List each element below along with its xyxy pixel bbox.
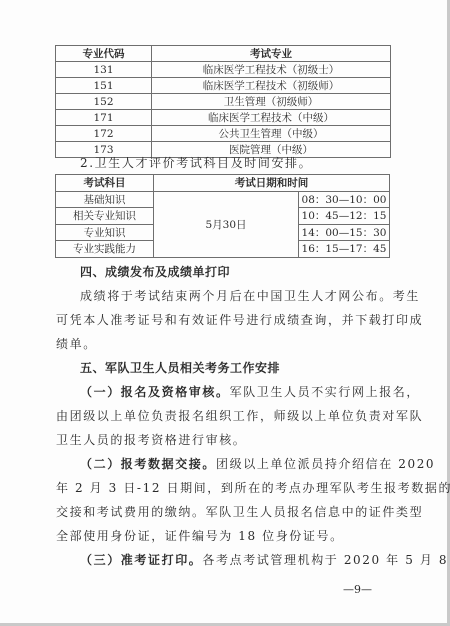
table-header-row: 专业代码 考试专业 — [56, 46, 391, 62]
header-specialty: 考试专业 — [152, 46, 391, 62]
exam-specialty-table: 专业代码 考试专业 131临床医学工程技术（初级士） 151临床医学工程技术（初… — [55, 45, 391, 158]
para4-line3: 绩单。 — [56, 338, 97, 351]
table-header-row: 考试科目 考试日期和时间 — [56, 175, 390, 192]
subject-cell: 专业实践能力 — [56, 241, 154, 258]
subject-cell: 专业知识 — [56, 224, 154, 241]
code-cell: 172 — [56, 126, 152, 142]
specialty-cell: 临床医学工程技术（初级士） — [152, 62, 391, 78]
time-cell: 08：30—10：00 — [299, 191, 390, 208]
table-row: 171临床医学工程技术（中级） — [56, 110, 391, 126]
time-cell: 10：45—12：15 — [299, 208, 390, 225]
specialty-cell: 临床医学工程技术（中级） — [152, 110, 391, 126]
document-page: 专业代码 考试专业 131临床医学工程技术（初级士） 151临床医学工程技术（初… — [0, 0, 450, 626]
table-row: 151临床医学工程技术（初级师） — [56, 78, 391, 94]
code-cell: 131 — [56, 62, 152, 78]
sub3-line1: （三）准考证打印。各考点考试管理机构于 2020 年 5 月 8 — [80, 554, 448, 567]
sub2-text: 团级以上单位派员持介绍信在 2020 — [216, 457, 435, 471]
time-cell: 14：00—15：30 — [299, 224, 390, 241]
section2-title: 2.卫生人才评价考试科目及时间安排。 — [80, 157, 312, 170]
date-cell: 5月30日 — [154, 191, 299, 257]
specialty-cell: 卫生管理（初级师） — [152, 94, 391, 110]
table-row: 152卫生管理（初级师） — [56, 94, 391, 110]
sub2-line4: 全部使用身份证，证件编号为 18 位身份证号。 — [56, 530, 344, 543]
subject-cell: 基础知识 — [56, 191, 154, 208]
sub1-line1: （一）报名及资格审核。军队卫生人员不实行网上报名， — [80, 386, 420, 399]
code-cell: 152 — [56, 94, 152, 110]
subject-cell: 相关专业知识 — [56, 208, 154, 225]
table-row: 基础知识 5月30日 08：30—10：00 — [56, 191, 390, 208]
heading-4: 四、成绩发布及成绩单打印 — [80, 266, 230, 279]
specialty-cell: 公共卫生管理（中级） — [152, 126, 391, 142]
time-cell: 16：15—17：45 — [299, 241, 390, 258]
code-cell: 171 — [56, 110, 152, 126]
code-cell: 151 — [56, 78, 152, 94]
para4-line1: 成绩将于考试结束两个月后在中国卫生人才网公布。考生 — [80, 290, 420, 303]
sub1-label: （一）报名及资格审核。 — [80, 385, 230, 399]
sub1-line2: 由团级以上单位负责报名组织工作，师级以上单位负责对军队 — [56, 410, 423, 423]
para4-line2: 可凭本人准考证号和有效证件号进行成绩查询，并下载打印成 — [56, 314, 423, 327]
sub1-line3: 卫生人员的报考资格进行审核。 — [56, 434, 246, 447]
exam-schedule-table: 考试科目 考试日期和时间 基础知识 5月30日 08：30—10：00 相关专业… — [55, 174, 390, 258]
specialty-cell: 临床医学工程技术（初级师） — [152, 78, 391, 94]
sub2-line2: 年 2 月 3 日-12 日期间，到所在的考点办理军队考生报考数据的 — [56, 482, 450, 495]
sub3-text: 各考点考试管理机构于 2020 年 5 月 8 — [202, 553, 448, 567]
sub2-label: （二）报考数据交接。 — [80, 457, 216, 471]
page-number: —9— — [343, 583, 372, 596]
sub1-text: 军队卫生人员不实行网上报名， — [230, 385, 420, 399]
table-row: 172公共卫生管理（中级） — [56, 126, 391, 142]
sub3-label: （三）准考证打印。 — [80, 553, 202, 567]
header-code: 专业代码 — [56, 46, 152, 62]
table-row: 131临床医学工程技术（初级士） — [56, 62, 391, 78]
sub2-line1: （二）报考数据交接。团级以上单位派员持介绍信在 2020 — [80, 458, 435, 471]
header-subject: 考试科目 — [56, 175, 154, 192]
header-datetime: 考试日期和时间 — [154, 175, 390, 192]
sub2-line3: 交接和考试费用的缴纳。军队卫生人员报名信息中的证件类型 — [56, 506, 423, 519]
heading-5: 五、军队卫生人员相关考务工作安排 — [80, 362, 280, 375]
